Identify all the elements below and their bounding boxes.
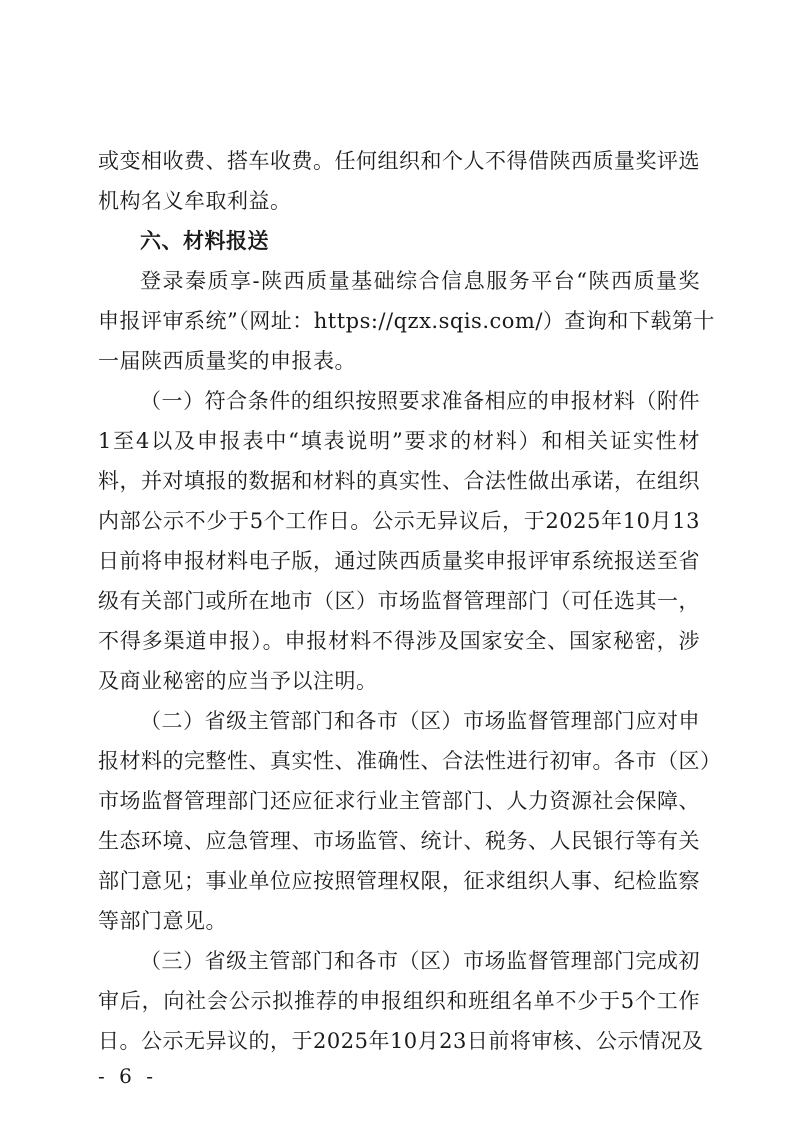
paragraph-item-1-start: （一）符合条件的组织按照要求准备相应的申报材料（附件	[140, 385, 700, 417]
body-text-line: 内部公示不少于5个工作日。公示无异议后，于2025年10月13	[98, 505, 700, 537]
body-text-line: 生态环境、应急管理、市场监管、统计、税务、人民银行等有关	[98, 825, 700, 857]
body-text-line-with-url: 申报评审系统”（网址：https://qzx.sqis.com/）查询和下载第十	[98, 305, 700, 337]
body-text-line: 一届陕西质量奖的申报表。	[98, 345, 700, 377]
body-text-line: 级有关部门或所在地市（区）市场监督管理部门（可任选其一，	[98, 585, 700, 617]
body-text-line: 及商业秘密的应当予以注明。	[98, 665, 700, 697]
body-text-line: 或变相收费、搭车收费。任何组织和个人不得借陕西质量奖评选	[98, 145, 700, 177]
body-text-line: 登录秦质享-陕西质量基础综合信息服务平台“陕西质量奖	[140, 265, 700, 297]
body-text-line: 机构名义牟取利益。	[98, 185, 700, 217]
body-text-line: 报材料的完整性、真实性、准确性、合法性进行初审。各市（区）	[98, 745, 700, 777]
section-heading: 六、材料报送	[140, 225, 700, 257]
body-text-line: 审后，向社会公示拟推荐的申报组织和班组名单不少于5个工作	[98, 985, 700, 1017]
document-page: 或变相收费、搭车收费。任何组织和个人不得借陕西质量奖评选 机构名义牟取利益。 六…	[0, 0, 794, 1123]
body-text-line: 料，并对填报的数据和材料的真实性、合法性做出承诺，在组织	[98, 465, 700, 497]
body-text-line: 日。公示无异议的，于2025年10月23日前将审核、公示情况及	[98, 1025, 700, 1057]
body-text-line: 部门意见；事业单位应按照管理权限，征求组织人事、纪检监察	[98, 865, 700, 897]
page-number: - 6 -	[98, 1064, 157, 1088]
body-text-line: 等部门意见。	[98, 905, 700, 937]
body-text-line: 1至4以及申报表中“填表说明”要求的材料）和相关证实性材	[98, 425, 700, 457]
body-text-line: 不得多渠道申报）。申报材料不得涉及国家安全、国家秘密，涉	[98, 625, 700, 657]
paragraph-item-2-start: （二）省级主管部门和各市（区）市场监督管理部门应对申	[140, 705, 700, 737]
body-text-line: 市场监督管理部门还应征求行业主管部门、人力资源社会保障、	[98, 785, 700, 817]
paragraph-item-3-start: （三）省级主管部门和各市（区）市场监督管理部门完成初	[140, 945, 700, 977]
body-text-line: 日前将申报材料电子版，通过陕西质量奖申报评审系统报送至省	[98, 545, 700, 577]
